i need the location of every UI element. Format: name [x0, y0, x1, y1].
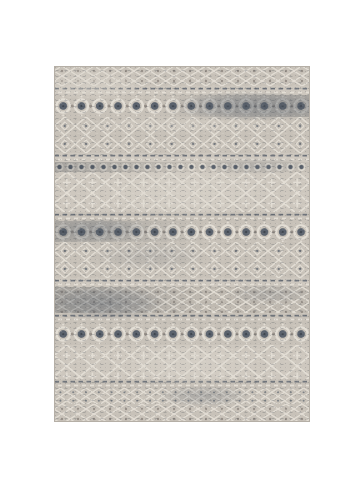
rug-pattern-graphic: [54, 66, 310, 422]
rug-image: [54, 66, 310, 422]
product-photo-canvas: [0, 0, 360, 482]
